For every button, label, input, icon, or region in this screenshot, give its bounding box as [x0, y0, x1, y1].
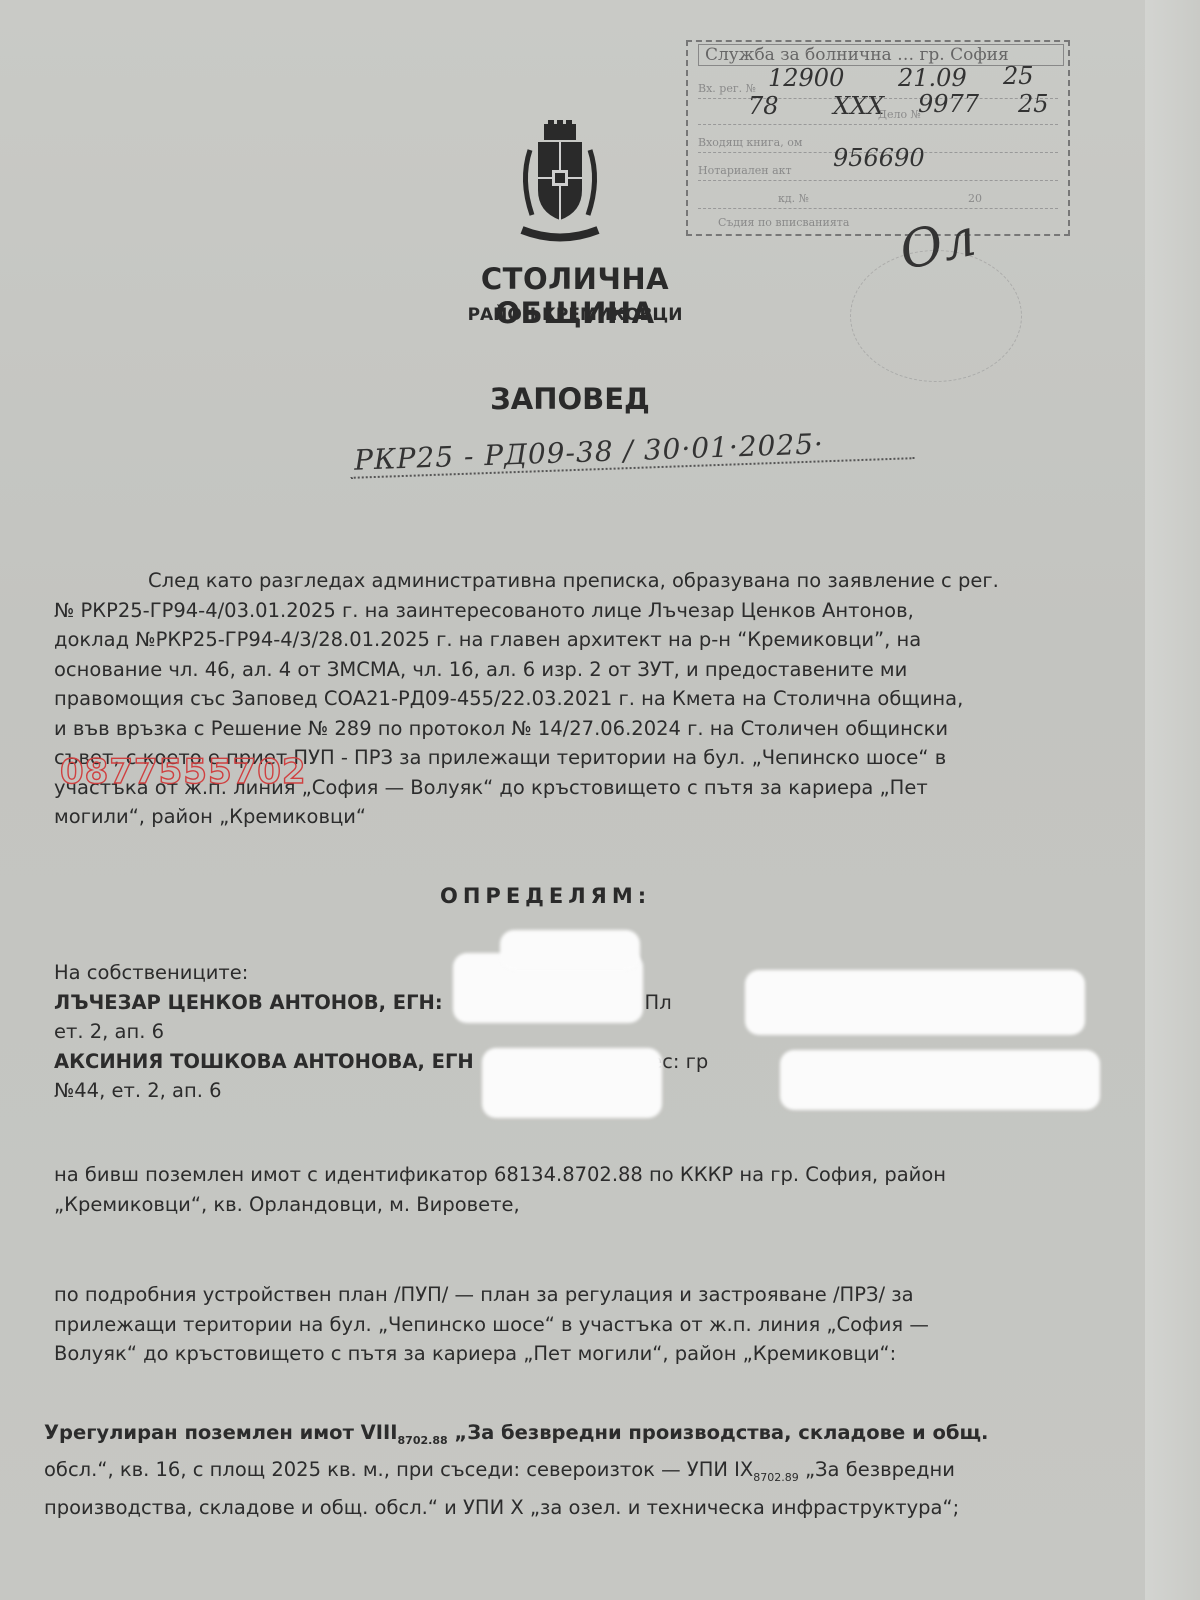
plan-paragraph: по подробния устройствен план /ПУП/ — пл… — [54, 1280, 1104, 1369]
redaction-address-2 — [780, 1050, 1100, 1110]
sofia-coat-of-arms-icon — [510, 120, 610, 250]
stamp-row-kd: кд. № 20 — [698, 184, 1058, 209]
stamp-row-volume: 78 XXX Дело № 9977 25 — [698, 100, 1058, 125]
plot-paragraph: Урегулиран поземлен имот VIII8702.88 „За… — [44, 1418, 1094, 1522]
case-number: 9977 — [918, 90, 979, 118]
determine-heading: ОПРЕДЕЛЯМ: — [440, 884, 651, 908]
document-page: Служба за болнична … гр. София Вх. рег. … — [0, 0, 1145, 1600]
stamp-row-act: Нотариален акт 956690 — [698, 156, 1058, 181]
registry-stamp: Служба за болнична … гр. София Вх. рег. … — [686, 40, 1070, 236]
redaction-address-1 — [745, 970, 1085, 1035]
stamp-row-judge: Съдия по вписванията — [698, 210, 1058, 234]
document-title: ЗАПОВЕД — [460, 382, 680, 416]
property-paragraph: на бивш поземлен имот с идентификатор 68… — [54, 1160, 1104, 1219]
district-name: РАЙОН КРЕМИКОВЦИ — [400, 305, 750, 325]
entry-number: 12900 — [768, 64, 844, 92]
phone-watermark: 0877555702 — [60, 752, 307, 792]
order-number: РКР25 - РД09-38 / 30·01·2025· — [350, 424, 915, 479]
act-number: 956690 — [833, 144, 925, 172]
entry-year: 25 — [1003, 62, 1034, 90]
redaction-id-1b — [500, 930, 640, 970]
redaction-id-2 — [482, 1048, 662, 1118]
entry-date: 21.09 — [898, 64, 967, 92]
